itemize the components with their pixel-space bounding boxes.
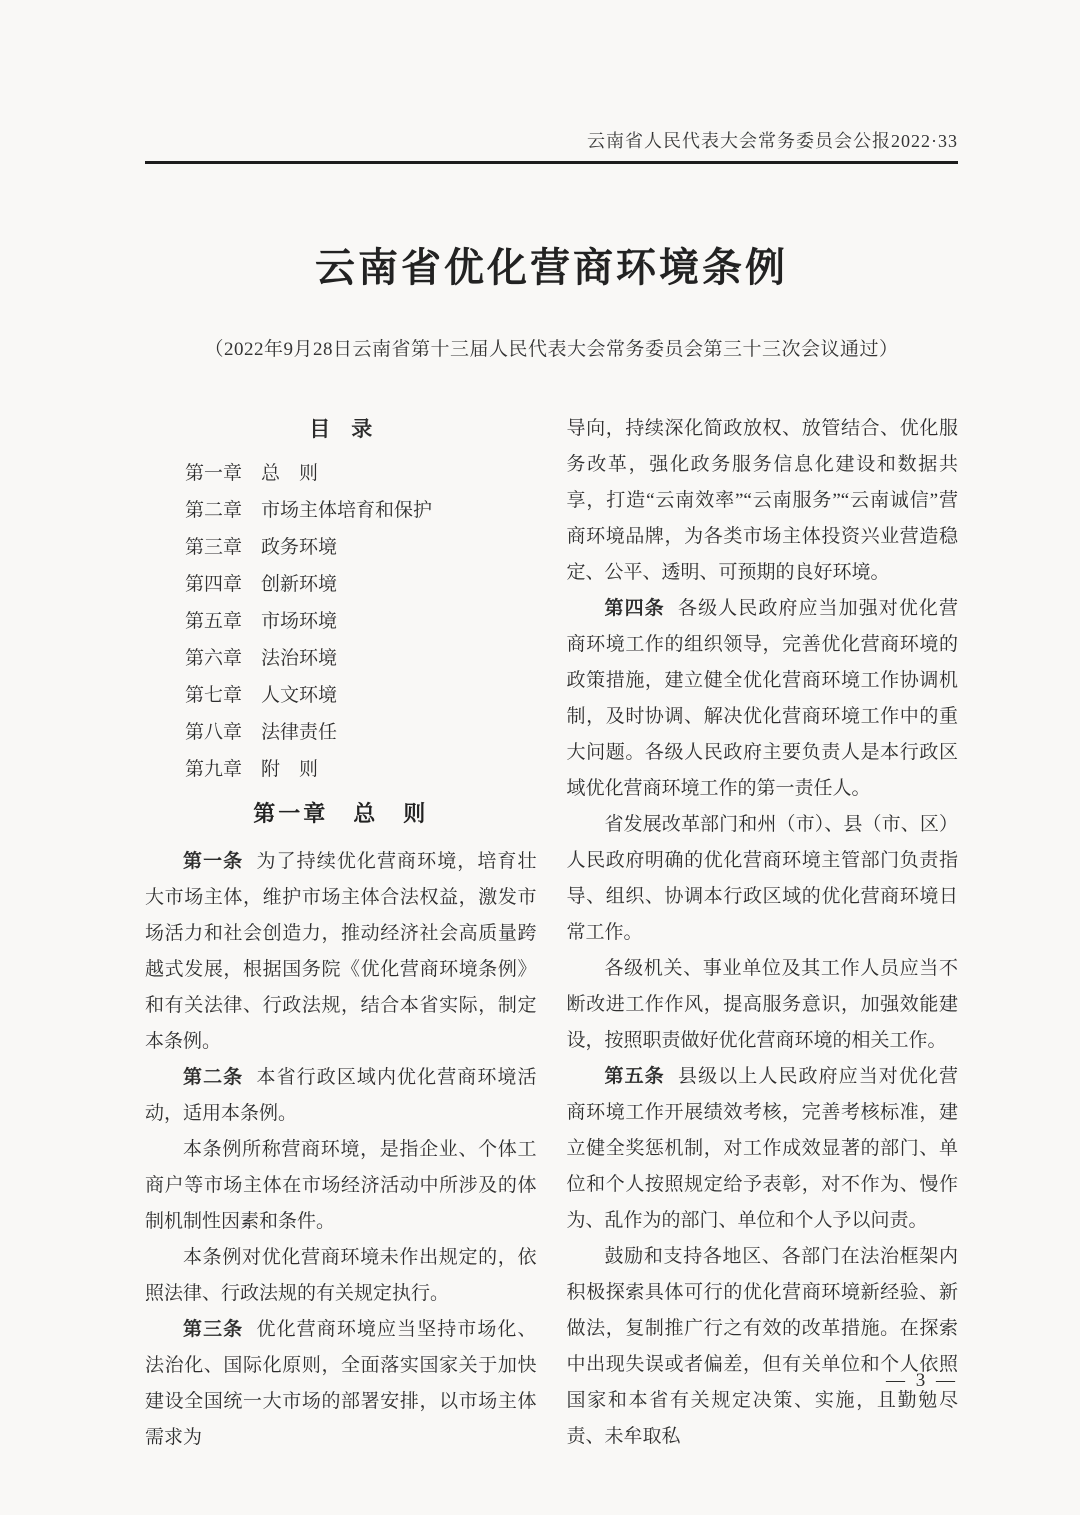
toc-item: 第二章 市场主体培育和保护 [185, 492, 537, 529]
article-paragraph-continuation: 导向，持续深化简政放权、放管结合、优化服务改革，强化政务服务信息化建设和数据共享… [567, 411, 959, 591]
toc-item: 第九章 附 则 [185, 751, 537, 788]
document-title: 云南省优化营商环境条例 [145, 246, 958, 290]
running-header: 云南省人民代表大会常务委员会公报2022·33 [145, 0, 958, 152]
page-number: — 3 — [886, 1370, 958, 1392]
article-number: 第二条 [183, 1067, 243, 1088]
toc-item: 第五章 市场环境 [185, 603, 537, 640]
toc-item: 第一章 总 则 [185, 455, 537, 492]
paragraph-text: 各级人民政府应当加强对优化营商环境工作的组织领导，完善优化营商环境的政策措施，建… [567, 598, 959, 799]
article-paragraph: 第四条各级人民政府应当加强对优化营商环境工作的组织领导，完善优化营商环境的政策措… [567, 591, 959, 807]
paragraph-text: 为了持续优化营商环境，培育壮大市场主体，维护市场主体合法权益，激发市场活力和社会… [145, 851, 537, 1052]
article-paragraph: 第三条优化营商环境应当坚持市场化、法治化、国际化原则，全面落实国家关于加快建设全… [145, 1312, 537, 1456]
right-column: 导向，持续深化简政放权、放管结合、优化服务改革，强化政务服务信息化建设和数据共享… [567, 411, 959, 1456]
toc-item: 第六章 法治环境 [185, 640, 537, 677]
article-number: 第四条 [605, 598, 665, 619]
paragraph-text: 县级以上人民政府应当对优化营商环境工作开展绩效考核，完善考核标准，建立健全奖惩机… [567, 1066, 959, 1231]
paragraph-text: 本条例对优化营商环境未作出规定的，依照法律、行政法规的有关规定执行。 [145, 1247, 537, 1304]
gazette-page: 云南省人民代表大会常务委员会公报2022·33 云南省优化营商环境条例 （202… [0, 0, 1080, 1515]
article-paragraph: 本条例对优化营商环境未作出规定的，依照法律、行政法规的有关规定执行。 [145, 1240, 537, 1312]
header-rule [145, 161, 958, 164]
toc-item: 第四章 创新环境 [185, 566, 537, 603]
article-paragraph: 第二条本省行政区域内优化营商环境活动，适用本条例。 [145, 1060, 537, 1132]
article-number: 第三条 [183, 1319, 243, 1340]
article-paragraph: 第五条县级以上人民政府应当对优化营商环境工作开展绩效考核，完善考核标准，建立健全… [567, 1059, 959, 1239]
two-column-body: 目 录 第一章 总 则 第二章 市场主体培育和保护 第三章 政务环境 第四章 创… [145, 411, 958, 1456]
toc-item: 第三章 政务环境 [185, 529, 537, 566]
article-paragraph: 第一条为了持续优化营商环境，培育壮大市场主体，维护市场主体合法权益，激发市场活力… [145, 844, 537, 1060]
chapter-heading: 第一章 总 则 [145, 798, 537, 830]
paragraph-text: 省发展改革部门和州（市）、县（市、区）人民政府明确的优化营商环境主管部门负责指导… [567, 814, 959, 943]
paragraph-text: 鼓励和支持各地区、各部门在法治框架内积极探索具体可行的优化营商环境新经验、新做法… [567, 1246, 959, 1447]
left-column: 目 录 第一章 总 则 第二章 市场主体培育和保护 第三章 政务环境 第四章 创… [145, 411, 537, 1456]
toc-list: 第一章 总 则 第二章 市场主体培育和保护 第三章 政务环境 第四章 创新环境 … [145, 455, 537, 788]
paragraph-text: 本条例所称营商环境，是指企业、个体工商户等市场主体在市场经济活动中所涉及的体制机… [145, 1139, 537, 1232]
article-paragraph: 本条例所称营商环境，是指企业、个体工商户等市场主体在市场经济活动中所涉及的体制机… [145, 1132, 537, 1240]
toc-item: 第七章 人文环境 [185, 677, 537, 714]
paragraph-text: 各级机关、事业单位及其工作人员应当不断改进工作作风，提高服务意识，加强效能建设，… [567, 958, 959, 1051]
paragraph-text: 导向，持续深化简政放权、放管结合、优化服务改革，强化政务服务信息化建设和数据共享… [567, 418, 959, 583]
toc-heading: 目 录 [145, 411, 537, 447]
article-number: 第一条 [183, 851, 243, 872]
article-number: 第五条 [605, 1066, 665, 1087]
article-paragraph: 鼓励和支持各地区、各部门在法治框架内积极探索具体可行的优化营商环境新经验、新做法… [567, 1239, 959, 1455]
article-paragraph: 各级机关、事业单位及其工作人员应当不断改进工作作风，提高服务意识，加强效能建设，… [567, 951, 959, 1059]
document-subtitle: （2022年9月28日云南省第十三届人民代表大会常务委员会第三十三次会议通过） [145, 334, 958, 361]
article-paragraph: 省发展改革部门和州（市）、县（市、区）人民政府明确的优化营商环境主管部门负责指导… [567, 807, 959, 951]
toc-item: 第八章 法律责任 [185, 714, 537, 751]
